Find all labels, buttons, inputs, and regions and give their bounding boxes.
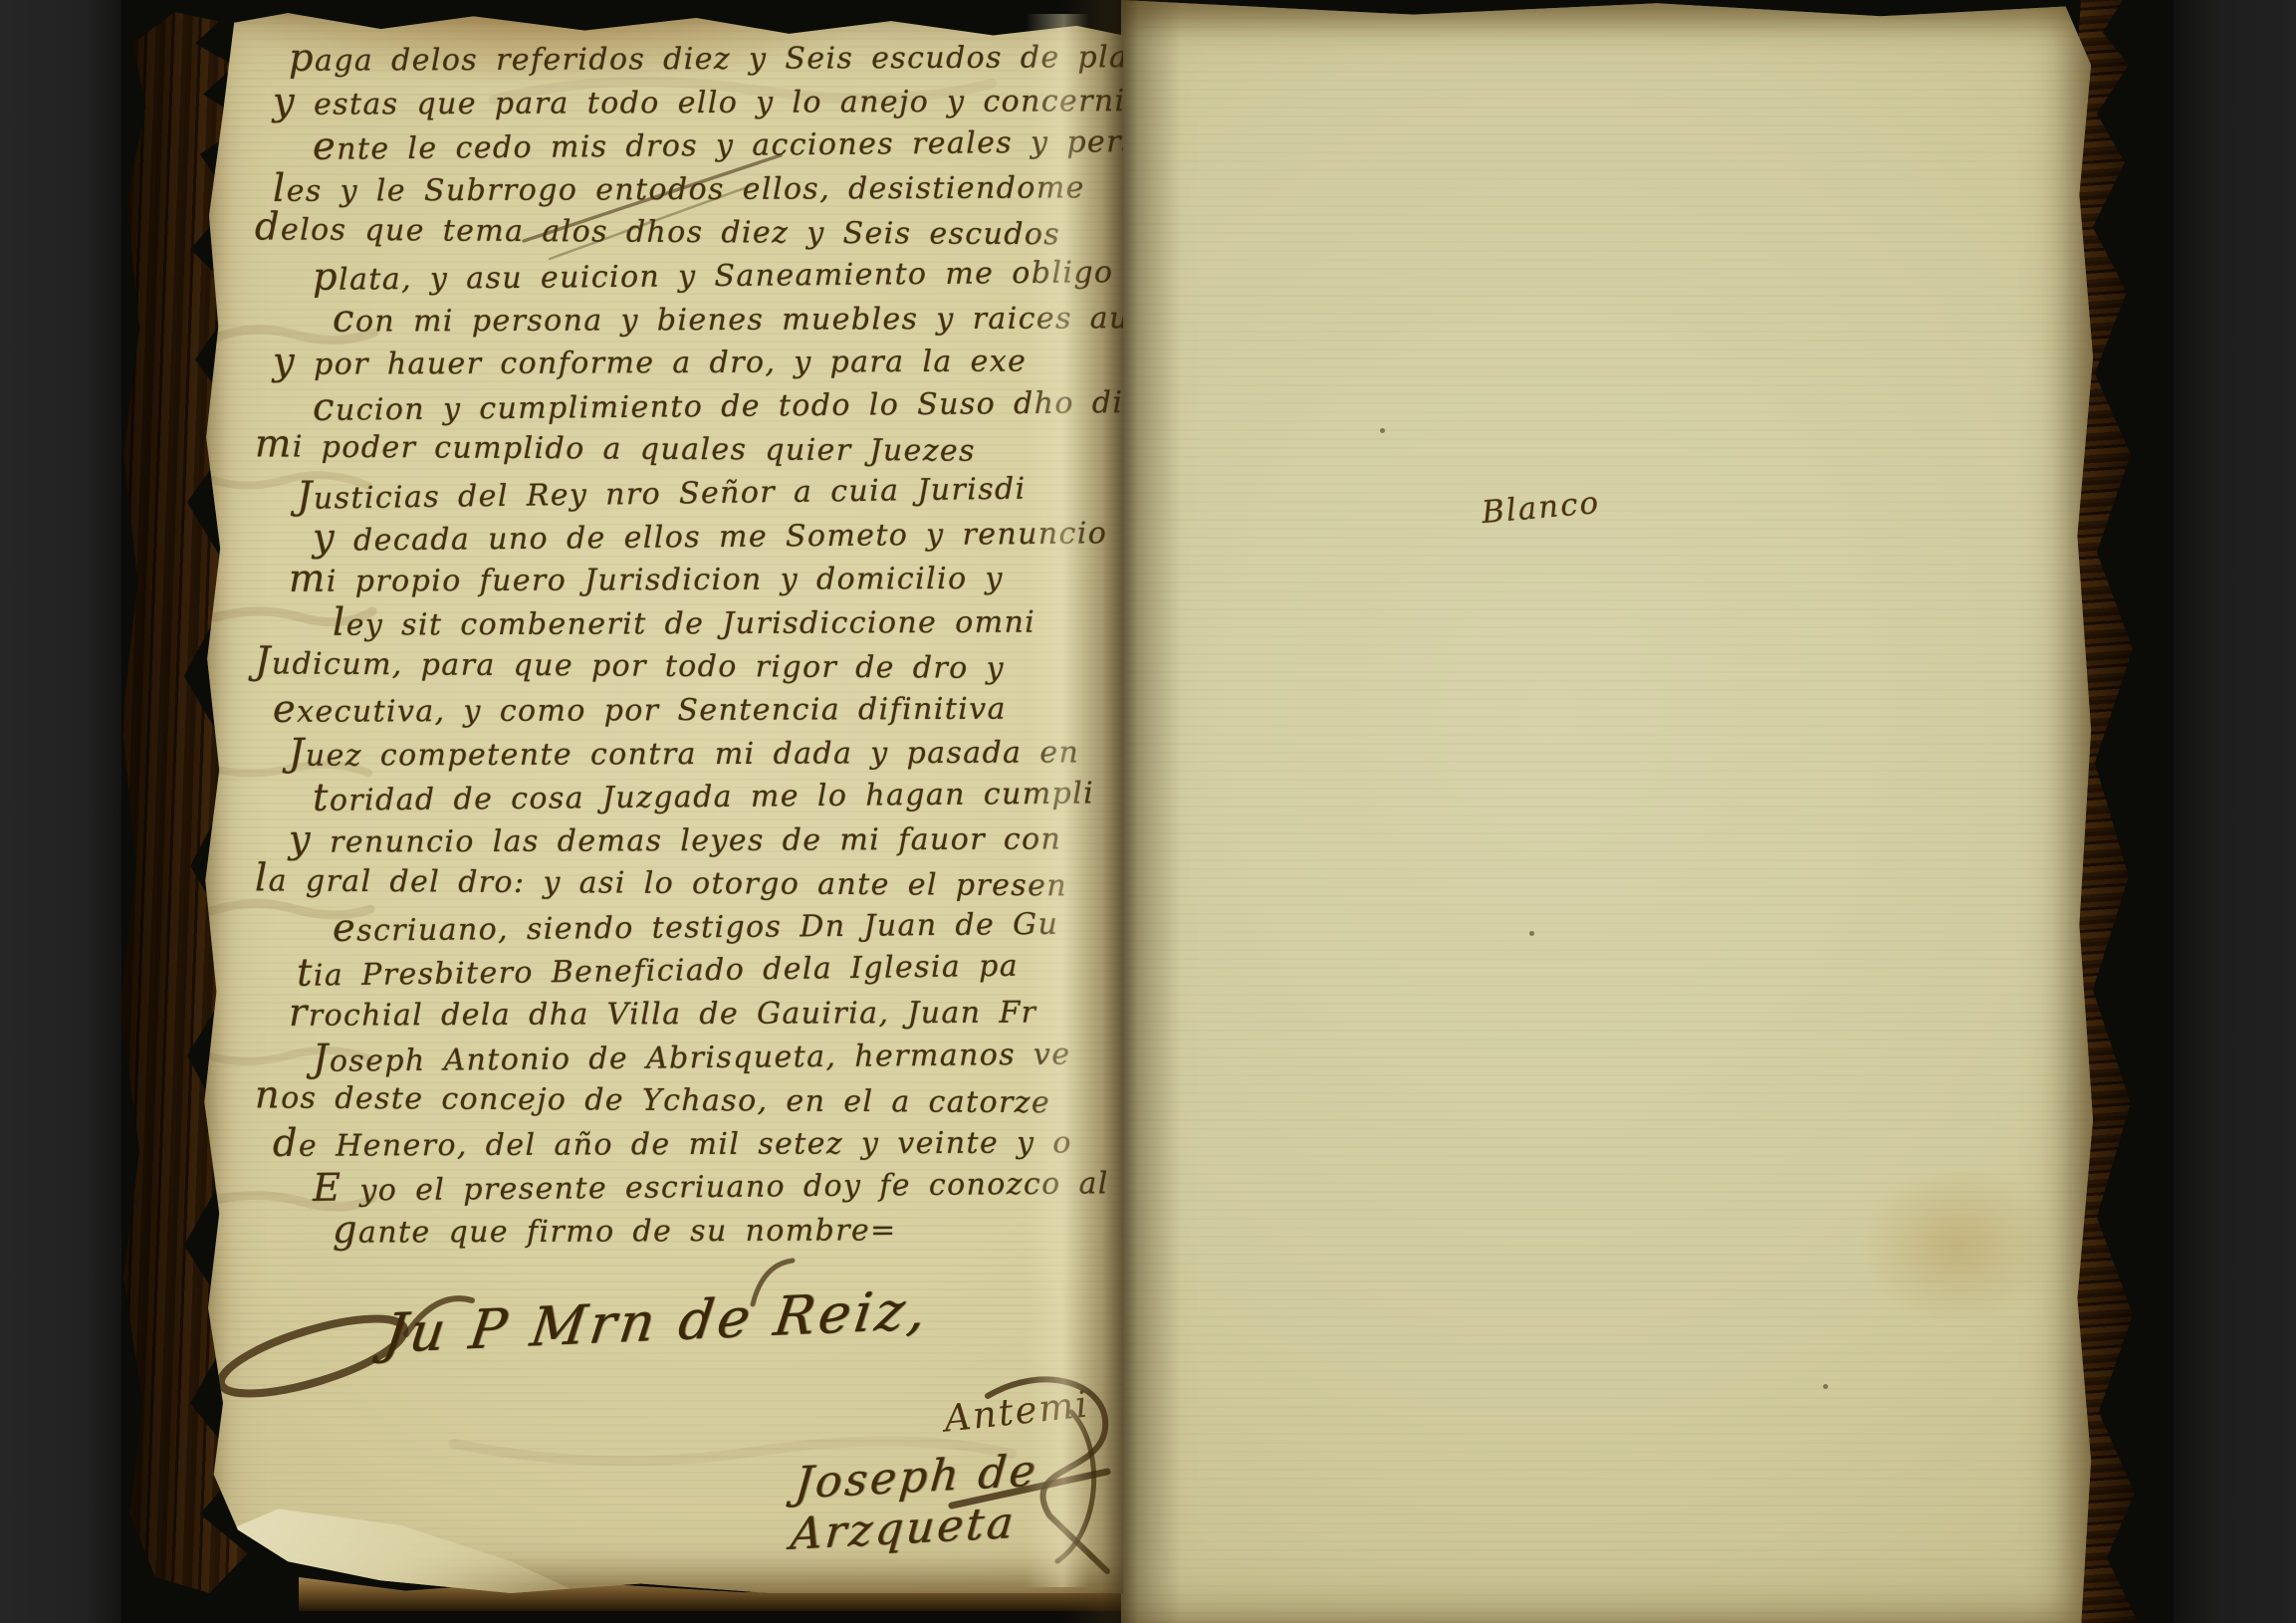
manuscript-line: les y le Subrrogo entodos ellos, desisti…: [273, 162, 1123, 209]
ink-speck: [1380, 428, 1385, 433]
paper-stain: [1858, 1165, 2057, 1324]
scanned-manuscript-photo: Blanco: [0, 0, 2296, 1623]
manuscript-line: gante que firmo de su nombre=: [333, 1204, 1123, 1251]
manuscript-line: y estas que para todo ello y lo anejo y …: [273, 76, 1123, 122]
manuscript-line: ente le cedo mis dros y acciones reales …: [313, 116, 1123, 167]
manuscript-line: la gral del dro: y asi lo otorgo ante el…: [255, 856, 1123, 905]
manuscript-line: plata, y asu euicion y Saneamiento me ob…: [313, 247, 1123, 298]
scanner-background-strip-right: [2174, 0, 2296, 1623]
manuscript-line: E yo el presente escriuano doy fe conozc…: [313, 1159, 1123, 1210]
page-corner-curl: [195, 1502, 747, 1593]
manuscript-line: Juez competente contra mi dada y pasada …: [289, 727, 1123, 774]
left-page: paga delos referidos diez y Seis escudos…: [195, 10, 1123, 1593]
manuscript-line: con mi persona y bienes muebles y raices…: [333, 293, 1123, 340]
manuscript-line: paga delos referidos diez y Seis escudos…: [289, 32, 1123, 79]
manuscript-line: cucion y cumplimiento de todo lo Suso dh…: [313, 377, 1123, 428]
ante-mi-attestation: Antemi: [942, 1382, 1091, 1440]
otorgante-signature: Ju P Mrn de Reiz,: [380, 1278, 933, 1365]
manuscript-line: ley sit combenerit de Jurisdiccione omni: [333, 596, 1123, 643]
right-page: Blanco: [1121, 0, 2095, 1623]
manuscript-line: Joseph Antonio de Abrisqueta, hermanos v…: [313, 1029, 1123, 1079]
manuscript-line: delos que tema alos dhos diez y Seis esc…: [255, 205, 1123, 254]
scanner-background-strip-left: [0, 0, 121, 1623]
manuscript-line: toridad de cosa Juzgada me lo hagan cump…: [313, 768, 1123, 818]
manuscript-line: de Henero, del año de mil setez y veinte…: [273, 1117, 1123, 1164]
manuscript-line: executiva, y como por Sentencia difiniti…: [273, 683, 1123, 730]
manuscript-line: rrochial dela dha Villa de Gauiria, Juan…: [289, 987, 1123, 1034]
ink-speck: [1823, 1384, 1828, 1389]
manuscript-line: y decada uno de ellos me Someto y renunc…: [313, 508, 1123, 559]
manuscript-line: Judicum, para que por todo rigor de dro …: [255, 639, 1123, 688]
manuscript-line: nos deste concejo de Ychaso, en el a cat…: [255, 1073, 1123, 1122]
blanco-annotation: Blanco: [1481, 485, 1602, 531]
ink-speck: [1529, 931, 1534, 936]
manuscript-line: y por hauer conforme a dro, y para la ex…: [273, 336, 1123, 382]
escribano-signature: Joseph de Arzqueta: [789, 1441, 1123, 1560]
manuscript-text-block: paga delos referidos diez y Seis escudos…: [289, 34, 1123, 1250]
manuscript-line: y renuncio las demas leyes de mi fauor c…: [289, 813, 1123, 860]
manuscript-line: mi propio fuero Jurisdicion y domicilio …: [289, 553, 1123, 599]
